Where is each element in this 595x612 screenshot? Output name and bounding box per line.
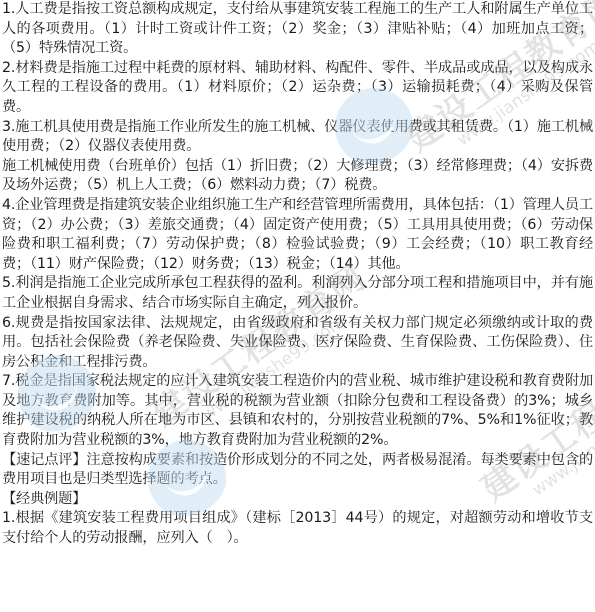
paragraph-taxes: 7.税金是指国家税法规定的应计入建筑安装工程造价内的营业税、城市维护建设税和教育… [2, 372, 593, 450]
document-body: 1.人工费是指按工资总额构成规定，支付给从事建筑安装工程施工的生产工人和附属生产… [2, 0, 593, 549]
paragraph-management-cost: 4.企业管理费是指建筑安装企业组织施工生产和经营管理所需费用，具体包括：（1）管… [2, 196, 593, 274]
paragraph-profit: 5.利润是指施工企业完成所承包工程获得的盈利。利润列入分部分项工程和措施项目中，… [2, 274, 593, 313]
paragraph-machinery-detail: 施工机械使用费（台班单价）包括（1）折旧费；（2）大修理费；（3）经常修理费；（… [2, 157, 593, 196]
paragraph-statutory-fees: 6.规费是指按国家法律、法规规定，由省级政府和省级有关权力部门规定必须缴纳或计取… [2, 314, 593, 373]
example-question-1: 1.根据《建筑安装工程费用项目组成》（建标［2013］44号）的规定，对超额劳动… [2, 509, 593, 548]
paragraph-review-note: 【速记点评】注意按构成要素和按造价形成划分的不同之处，两者极易混淆。每类要素中包… [2, 451, 593, 490]
paragraph-labor-cost: 1.人工费是指按工资总额构成规定，支付给从事建筑安装工程施工的生产工人和附属生产… [2, 0, 593, 59]
paragraph-material-cost: 2.材料费是指施工过程中耗费的原材料、辅助材料、构配件、零件、半成品或成品，以及… [2, 59, 593, 118]
example-heading: 【经典例题】 [2, 490, 593, 510]
paragraph-machinery-cost: 3.施工机具使用费是指施工作业所发生的施工机械、仪器仪表使用费或其租赁费。（1）… [2, 118, 593, 157]
